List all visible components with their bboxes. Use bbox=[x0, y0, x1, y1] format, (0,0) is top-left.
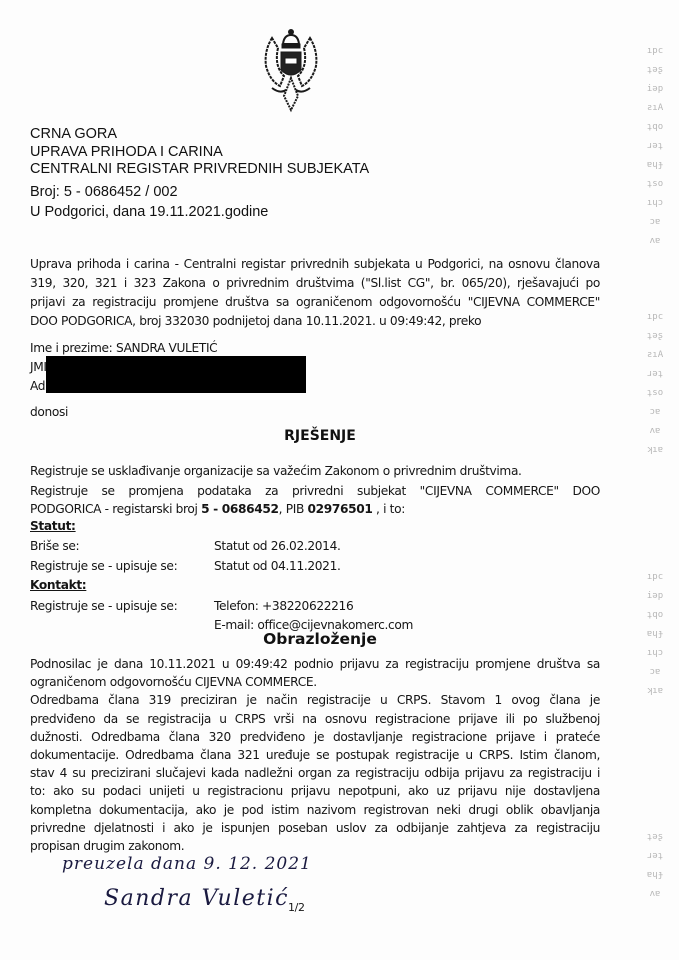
donosi-text: donosi bbox=[30, 405, 68, 419]
statut-row-value: Statut od 26.02.2014. bbox=[214, 537, 341, 556]
kontakt-label: Registruje se - upisuje se: bbox=[30, 599, 177, 613]
reasoning-line: Podnosilac je dana 10.11.2021 u 09:49:42… bbox=[30, 655, 600, 673]
reasoning-line: dužnosti. Odredbama člana 320 predviđeno… bbox=[30, 728, 600, 746]
reasoning-line: ograničenom odgovornošću CIJEVNA COMMERC… bbox=[30, 673, 600, 691]
intro-line: DOO PODGORICA, broj 332030 podnijetoj da… bbox=[30, 312, 600, 331]
issuer-authority: UPRAVA PRIHODA I CARINA bbox=[30, 144, 369, 162]
issuer-block: CRNA GORA UPRAVA PRIHODA I CARINA CENTRA… bbox=[30, 126, 369, 179]
reasoning-line: privredne djelatnosti i ako je ispunjen … bbox=[30, 819, 600, 837]
intro-line: 319, 320, 321 i 323 Zakona o privrednim … bbox=[30, 274, 600, 293]
pib-number: 02976501 bbox=[307, 502, 372, 516]
decision-line: Registruje se promjena podataka za privr… bbox=[30, 482, 600, 500]
document-place-date: U Podgorici, dana 19.11.2021.godine bbox=[30, 202, 268, 222]
statut-row-value: Statut od 04.11.2021. bbox=[214, 557, 341, 576]
reasoning-line: to: ako su podaci unijeti u registracion… bbox=[30, 782, 600, 800]
issuer-registry: CENTRALNI REGISTAR PRIVREDNIH SUBJEKATA bbox=[30, 161, 369, 179]
statut-title: Statut: bbox=[30, 517, 76, 536]
handwritten-signature: Sandra Vuletić bbox=[104, 886, 289, 911]
reasoning-title: Obrazloženje bbox=[0, 630, 620, 648]
registration-number: 5 - 0686452 bbox=[201, 502, 279, 516]
reasoning-paragraph: Podnosilac je dana 10.11.2021 u 09:49:42… bbox=[30, 655, 600, 855]
decision-line: Registruje se usklađivanje organizacije … bbox=[30, 462, 600, 480]
kontakt-phone: Telefon: +38220622216 bbox=[214, 597, 353, 616]
margin-bleed-through: ıpc ʇəʂ iəp ƨıA ʇqo ɹəʇ ɐɥɟ ʇso ıɥɔ ɔɐ ʌ… bbox=[640, 42, 670, 251]
intro-paragraph: Uprava prihoda i carina - Centralni regi… bbox=[30, 255, 600, 331]
reasoning-line: propisan drugim zakonom. bbox=[30, 837, 600, 855]
statut-row: Briše se: Statut od 26.02.2014. bbox=[30, 537, 430, 556]
document-number: Broj: 5 - 0686452 / 002 bbox=[30, 182, 268, 202]
intro-line: prijavi za registraciju promjene društva… bbox=[30, 293, 600, 312]
handwritten-received-note: preuzela dana 9. 12. 2021 bbox=[62, 854, 312, 874]
decision-line-registration: PODGORICA - registarski broj 5 - 0686452… bbox=[30, 500, 600, 518]
reasoning-line: predviđeno da se registracija u CRPS vrš… bbox=[30, 710, 600, 728]
decision-paragraph: Registruje se usklađivanje organizacije … bbox=[30, 462, 600, 518]
margin-bleed-through: ıpc ʇəʂ ƨıA ɹəʇ ʇso ɔɐ ʌɐ ʞıɐ bbox=[640, 308, 670, 460]
kontakt-title: Kontakt: bbox=[30, 576, 86, 595]
reasoning-line: dokumentacije. Odredbama člana 321 uređu… bbox=[30, 746, 600, 764]
issuer-country: CRNA GORA bbox=[30, 126, 369, 144]
margin-bleed-through: ıpc iəp ʇqo ɐɥɟ ıɥɔ ɔɐ ʞıɐ bbox=[640, 568, 670, 701]
document-meta: Broj: 5 - 0686452 / 002 U Podgorici, dan… bbox=[30, 182, 268, 222]
page-number: 1/2 bbox=[288, 901, 305, 914]
margin-bleed-through: ʇəʂ ɹəʇ ɐɥɟ ʌɐ bbox=[640, 828, 670, 904]
reasoning-line: stav 4 su precizirani slučajevi kada nad… bbox=[30, 764, 600, 782]
reasoning-line: kompletna dokumentacija, ako je pod isti… bbox=[30, 801, 600, 819]
redaction-box bbox=[46, 356, 306, 393]
decision-title: RJEŠENJE bbox=[0, 428, 620, 444]
coat-of-arms-icon bbox=[258, 26, 324, 114]
intro-line: Uprava prihoda i carina - Centralni regi… bbox=[30, 255, 600, 274]
statut-row: Registruje se - upisuje se: Statut od 04… bbox=[30, 557, 430, 576]
statut-row-label: Briše se: bbox=[30, 539, 79, 553]
statut-row-label: Registruje se - upisuje se: bbox=[30, 559, 177, 573]
reasoning-line: Odredbama člana 319 preciziran je način … bbox=[30, 691, 600, 709]
